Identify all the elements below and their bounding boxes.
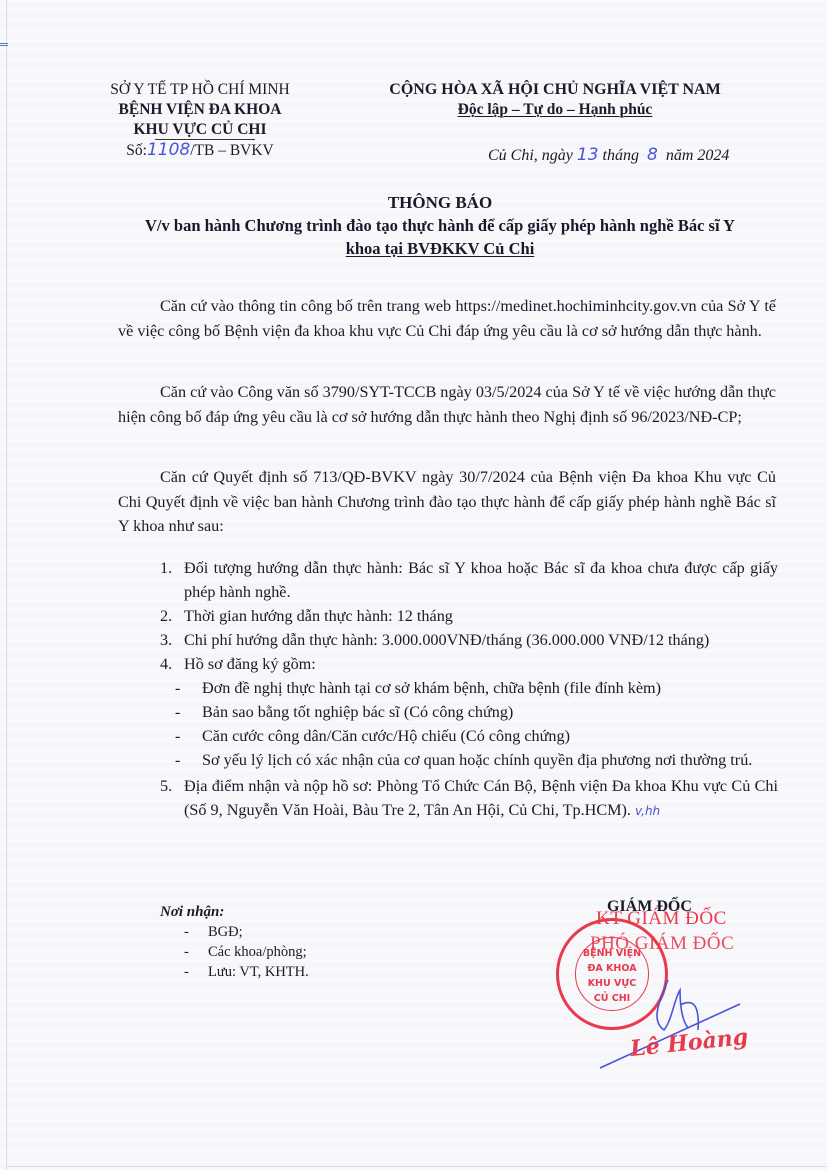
- national-motto: Độc lập – Tự do – Hạnh phúc: [345, 100, 765, 120]
- hospital-name-line2: KHU VỰC CỦ CHI: [60, 120, 340, 140]
- header-divider: [155, 139, 255, 140]
- scan-marker: [0, 43, 8, 46]
- list-item: 2. Thời gian hướng dẫn thực hành: 12 thá…: [160, 604, 778, 628]
- handwritten-initials: v,hh: [635, 804, 660, 818]
- list-item: 5. Địa điểm nhận và nộp hồ sơ: Phòng Tổ …: [160, 774, 778, 823]
- subject-line1: V/v ban hành Chương trình đào tạo thực h…: [100, 216, 780, 236]
- header-left: SỞ Y TẾ TP HỒ CHÍ MINH BỆNH VIỆN ĐA KHOA…: [60, 80, 340, 161]
- page-left-edge: [6, 0, 7, 1170]
- document-number: Số:1108/TB – BVKV: [60, 140, 340, 161]
- department-name: SỞ Y TẾ TP HỒ CHÍ MINH: [60, 80, 340, 100]
- recipients-block: Nơi nhận: - BGĐ; - Các khoa/phòng; - Lưu…: [160, 902, 309, 982]
- subject-line2: khoa tại BVĐKKV Củ Chi: [100, 239, 780, 259]
- sub-list-item: - Đơn đề nghị thực hành tại cơ sở khám b…: [160, 676, 778, 700]
- handwritten-number: 1108: [147, 140, 190, 160]
- republic-title: CỘNG HÒA XÃ HỘI CHỦ NGHĨA VIỆT NAM: [345, 80, 765, 100]
- paragraph-1: Căn cứ vào thông tin công bố trên trang …: [118, 294, 776, 343]
- header-right: CỘNG HÒA XÃ HỘI CHỦ NGHĨA VIỆT NAM Độc l…: [345, 80, 765, 120]
- sub-list-item: - Căn cước công dân/Căn cước/Hộ chiếu (C…: [160, 724, 778, 748]
- sub-list-item: - Bản sao bằng tốt nghiệp bác sĩ (Có côn…: [160, 700, 778, 724]
- list-item: 3. Chi phí hướng dẫn thực hành: 3.000.00…: [160, 628, 778, 652]
- recipient-item: - Lưu: VT, KHTH.: [160, 962, 309, 982]
- list-item: 4. Hồ sơ đăng ký gồm:: [160, 652, 778, 676]
- handwritten-day: 13: [577, 145, 599, 165]
- handwritten-month: 8: [647, 145, 658, 165]
- recipient-item: - BGĐ;: [160, 922, 309, 942]
- recipients-label: Nơi nhận:: [160, 902, 309, 922]
- list-item: 1. Đối tượng hướng dẫn thực hành: Bác sĩ…: [160, 556, 778, 604]
- paragraph-3: Căn cứ Quyết định số 713/QĐ-BVKV ngày 30…: [118, 465, 776, 539]
- document-heading: THÔNG BÁO: [100, 193, 780, 213]
- hospital-name-line1: BỆNH VIỆN ĐA KHOA: [60, 100, 340, 120]
- requirements-list: 1. Đối tượng hướng dẫn thực hành: Bác sĩ…: [160, 556, 778, 823]
- page-bottom-edge: [6, 1166, 827, 1167]
- signer-title: GIÁM ĐỐC: [607, 898, 692, 916]
- recipient-item: - Các khoa/phòng;: [160, 942, 309, 962]
- document-date: Củ Chi, ngày 13 tháng 8 năm 2024: [488, 145, 729, 165]
- paragraph-2: Căn cứ vào Công văn số 3790/SYT-TCCB ngà…: [118, 380, 776, 429]
- sub-list-item: - Sơ yếu lý lịch có xác nhận của cơ quan…: [160, 748, 778, 772]
